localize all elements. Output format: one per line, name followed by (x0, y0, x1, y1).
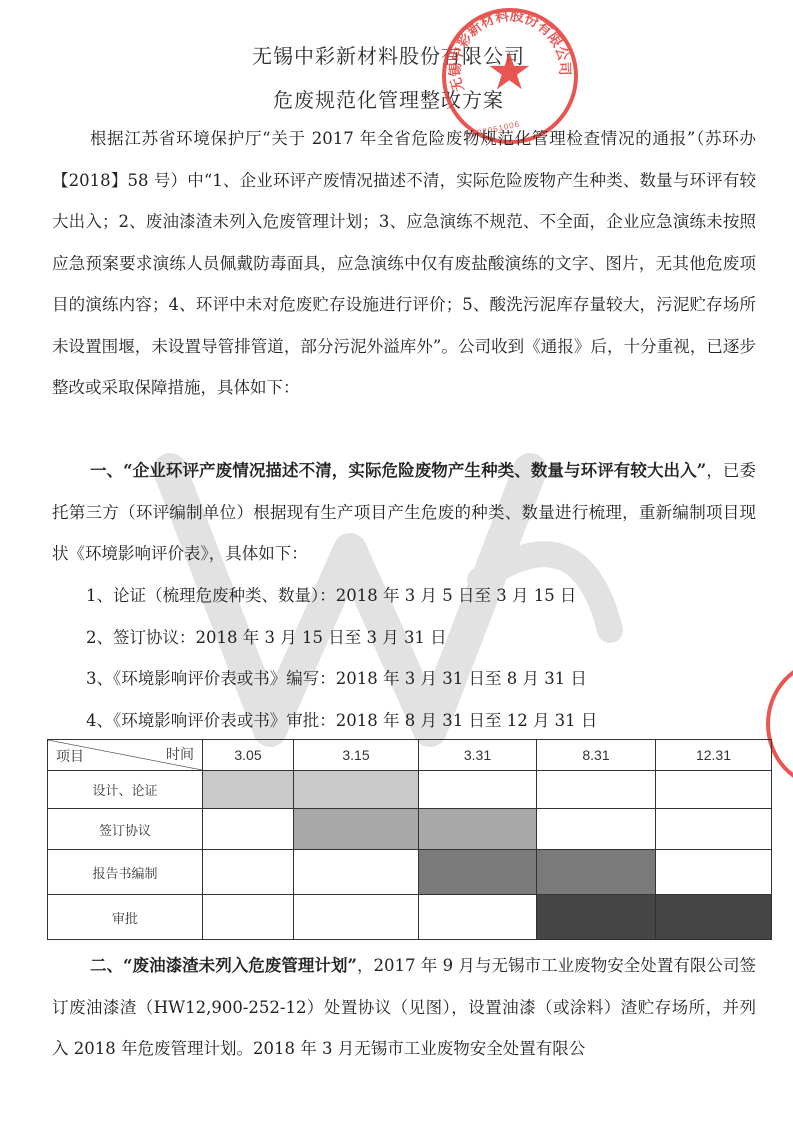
corner-right-label: 时间 (166, 744, 194, 764)
gantt-cell (419, 771, 537, 809)
seal-star-icon: ★ (486, 46, 533, 98)
gantt-cell (537, 771, 656, 809)
column-header: 3.31 (419, 740, 537, 771)
column-header: 3.15 (294, 740, 419, 771)
column-header: 3.05 (203, 740, 294, 771)
table-row: 设计、论证 (48, 771, 772, 809)
gantt-cell-filled (419, 809, 537, 850)
corner-left-label: 项目 (56, 746, 84, 766)
gantt-cell (294, 895, 419, 940)
gantt-cell-filled (294, 771, 419, 809)
section-1-steps: 1、论证（梳理危废种类、数量）：2018 年 3 月 5 日至 3 月 15 日… (86, 575, 597, 741)
gantt-cell (203, 850, 294, 895)
corner-header-cell: 项目 时间 (48, 740, 203, 771)
table-row: 审批 (48, 895, 772, 940)
row-label: 签订协议 (48, 809, 203, 850)
step-item: 1、论证（梳理危废种类、数量）：2018 年 3 月 5 日至 3 月 15 日 (86, 575, 597, 617)
schedule-gantt-table: 项目 时间 3.05 3.15 3.31 8.31 12.31 设计、论证 签订… (47, 739, 772, 940)
document-subtitle: 危废规范化管理整改方案 (0, 84, 785, 113)
gantt-cell-filled (203, 771, 294, 809)
gantt-cell (419, 895, 537, 940)
table-row: 签订协议 (48, 809, 772, 850)
gantt-cell (203, 895, 294, 940)
table-row: 报告书编制 (48, 850, 772, 895)
step-item: 2、签订协议：2018 年 3 月 15 日至 3 月 31 日 (86, 617, 597, 659)
row-label: 设计、论证 (48, 771, 203, 809)
column-header: 8.31 (537, 740, 656, 771)
row-label: 审批 (48, 895, 203, 940)
column-header: 12.31 (656, 740, 772, 771)
gantt-cell-filled (537, 850, 656, 895)
section-1-paragraph: 一、“企业环评产废情况描述不清，实际危险废物产生种类、数量与环评有较大出入”，已… (52, 450, 756, 575)
document-company-title: 无锡中彩新材料股份有限公司 (0, 40, 785, 69)
step-item: 3、《环境影响评价表或书》编写：2018 年 3 月 31 日至 8 月 31 … (86, 658, 597, 700)
gantt-cell (656, 771, 772, 809)
row-label: 报告书编制 (48, 850, 203, 895)
gantt-cell-filled (656, 895, 772, 940)
step-item: 4、《环境影响评价表或书》审批：2018 年 8 月 31 日至 12 月 31… (86, 700, 597, 742)
gantt-cell (537, 809, 656, 850)
gantt-cell (294, 850, 419, 895)
gantt-cell-filled (419, 850, 537, 895)
gantt-cell (656, 809, 772, 850)
intro-paragraph: 根据江苏省环境保护厅“关于 2017 年全省危险废物规范化管理检查情况的通报”（… (52, 118, 756, 409)
section-1-heading: 一、“企业环评产废情况描述不清，实际危险废物产生种类、数量与环评有较大出入” (90, 461, 706, 480)
table-header-row: 项目 时间 3.05 3.15 3.31 8.31 12.31 (48, 740, 772, 771)
section-2-paragraph: 二、“废油漆渣未列入危废管理计划”，2017 年 9 月与无锡市工业废物安全处置… (52, 945, 756, 1070)
gantt-cell-filled (294, 809, 419, 850)
gantt-cell (203, 809, 294, 850)
gantt-cell-filled (537, 895, 656, 940)
section-2-heading: 二、“废油漆渣未列入危废管理计划” (90, 956, 357, 975)
gantt-cell (656, 850, 772, 895)
